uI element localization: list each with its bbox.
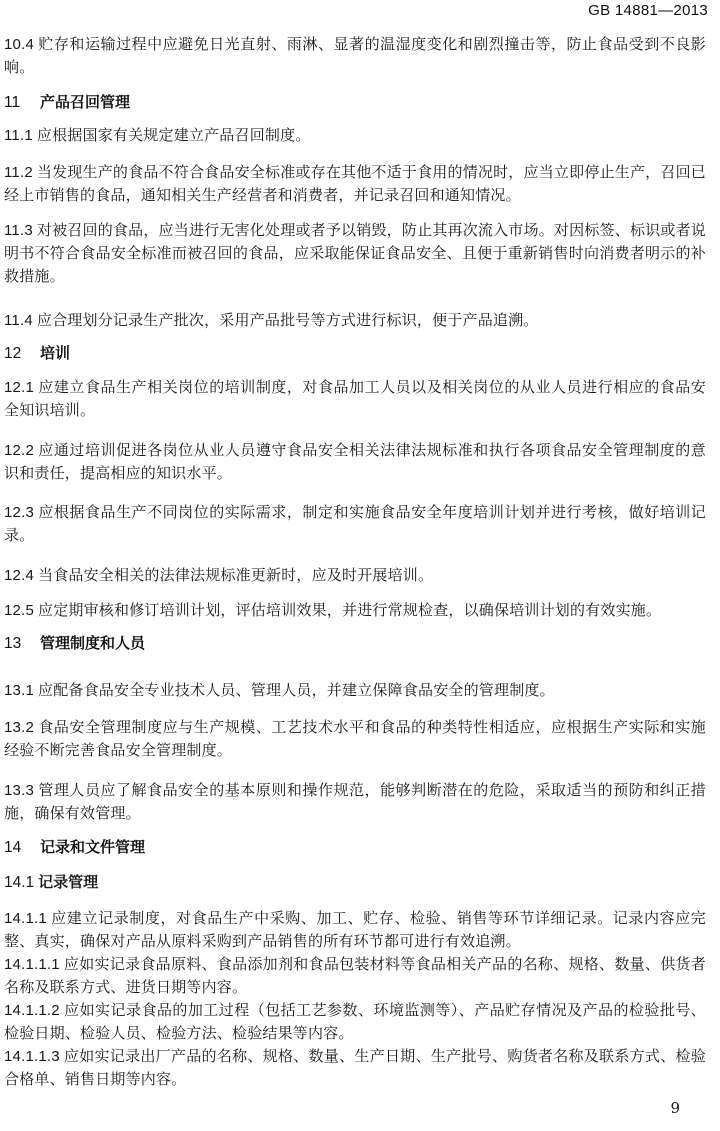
clause-text: 当食品安全相关的法律法规标准更新时，应及时开展培训。 [38,566,433,584]
clause-11-2: 11.2当发现生产的食品不符合食品安全标准或存在其他不适于食用的情况时，应当立即… [4,161,706,207]
clause-12-4: 12.4当食品安全相关的法律法规标准更新时，应及时开展培训。 [4,564,706,587]
clause-11-4: 11.4应合理划分记录生产批次，采用产品批号等方式进行标识，便于产品追溯。 [4,309,706,332]
subsection-number: 14.1 [4,874,34,891]
clause-14-1-1-3: 14.1.1.3应如实记录出厂产品的名称、规格、数量、生产日期、生产批号、购货者… [4,1045,706,1091]
clause-text: 应如实记录食品原料、食品添加剂和食品包装材料等食品相关产品的名称、规格、数量、供… [4,955,706,996]
clause-text: 应根据食品生产不同岗位的实际需求，制定和实施食品安全年度培训计划并进行考核，做好… [4,503,706,544]
clause-number: 14.1.1 [4,910,47,927]
clause-text: 对被召回的食品，应当进行无害化处理或者予以销毁，防止其再次流入市场。对因标签、标… [4,221,706,285]
clause-14-1-1-1: 14.1.1.1应如实记录食品原料、食品添加剂和食品包装材料等食品相关产品的名称… [4,953,706,999]
section-title: 记录和文件管理 [40,838,145,856]
clause-number: 13.3 [4,782,34,799]
clause-text: 应合理划分记录生产批次，采用产品批号等方式进行标识，便于产品追溯。 [37,311,539,329]
clause-number: 14.1.1.3 [4,1048,60,1065]
section-heading-12: 12培训 [4,342,70,365]
clause-11-1: 11.1应根据国家有关规定建立产品召回制度。 [4,124,706,147]
clause-10-4: 10.4贮存和运输过程中应避免日光直射、雨淋、显著的温湿度变化和剧烈撞击等，防止… [4,33,706,79]
clause-13-2: 13.2食品安全管理制度应与生产规模、工艺技术水平和食品的种类特性相适应，应根据… [4,716,706,762]
section-number: 14 [4,836,40,859]
clause-text: 当发现生产的食品不符合食品安全标准或存在其他不适于食用的情况时，应当立即停止生产… [4,163,706,204]
clause-text: 应如实记录出厂产品的名称、规格、数量、生产日期、生产批号、购货者名称及联系方式、… [4,1047,706,1088]
section-number: 11 [4,91,40,114]
section-number: 12 [4,342,40,365]
clause-12-2: 12.2应通过培训促进各岗位从业人员遵守食品安全相关法律法规标准和执行各项食品安… [4,439,706,485]
clause-number: 14.1.1.1 [4,956,60,973]
clause-14-1-1-2: 14.1.1.2应如实记录食品的加工过程（包括工艺参数、环境监测等）、产品贮存情… [4,999,706,1045]
clause-number: 13.2 [4,719,34,736]
standard-code-header: GB 14881—2013 [588,2,708,19]
clause-12-3: 12.3应根据食品生产不同岗位的实际需求，制定和实施食品安全年度培训计划并进行考… [4,501,706,547]
clause-text: 贮存和运输过程中应避免日光直射、雨淋、显著的温湿度变化和剧烈撞击等，防止食品受到… [4,35,706,76]
clause-text: 应通过培训促进各岗位从业人员遵守食品安全相关法律法规标准和执行各项食品安全管理制… [4,441,706,482]
subsection-heading-14-1: 14.1记录管理 [4,871,98,894]
clause-text: 应建立记录制度，对食品生产中采购、加工、贮存、检验、销售等环节详细记录。记录内容… [4,909,706,950]
clause-text: 应配备食品安全专业技术人员、管理人员，并建立保障食品安全的管理制度。 [38,681,555,699]
clause-text: 应定期审核和修订培训计划，评估培训效果，并进行常规检查，以确保培训计划的有效实施… [38,601,661,619]
clause-12-5: 12.5应定期审核和修订培训计划，评估培训效果，并进行常规检查，以确保培训计划的… [4,599,706,622]
section-heading-13: 13管理制度和人员 [4,632,145,655]
clause-number: 12.1 [4,379,34,396]
clause-number: 12.4 [4,567,34,584]
clause-number: 14.1.1.2 [4,1002,60,1019]
section-number: 13 [4,632,40,655]
clause-number: 11.4 [4,312,33,329]
clause-11-3: 11.3对被召回的食品，应当进行无害化处理或者予以销毁，防止其再次流入市场。对因… [4,219,706,288]
clause-number: 12.2 [4,442,34,459]
section-title: 培训 [40,344,70,362]
section-title: 管理制度和人员 [40,634,145,652]
clause-text: 应建立食品生产相关岗位的培训制度，对食品加工人员以及相关岗位的从业人员进行相应的… [4,378,706,419]
subsection-title: 记录管理 [38,873,98,891]
clause-text: 应根据国家有关规定建立产品召回制度。 [37,126,311,144]
clause-number: 11.3 [4,222,33,239]
clause-number: 11.2 [4,164,33,181]
clause-13-1: 13.1应配备食品安全专业技术人员、管理人员，并建立保障食品安全的管理制度。 [4,679,706,702]
section-title: 产品召回管理 [40,93,130,111]
clause-text: 应如实记录食品的加工过程（包括工艺参数、环境监测等）、产品贮存情况及产品的检验批… [4,1001,706,1042]
clause-13-3: 13.3管理人员应了解食品安全的基本原则和操作规范，能够判断潜在的危险，采取适当… [4,779,706,825]
clause-number: 12.5 [4,602,34,619]
clause-14-1-1: 14.1.1应建立记录制度，对食品生产中采购、加工、贮存、检验、销售等环节详细记… [4,907,706,953]
clause-number: 12.3 [4,504,34,521]
section-heading-14: 14记录和文件管理 [4,836,145,859]
clause-number: 10.4 [4,36,34,53]
section-heading-11: 11产品召回管理 [4,91,130,114]
clause-12-1: 12.1应建立食品生产相关岗位的培训制度，对食品加工人员以及相关岗位的从业人员进… [4,376,706,422]
clause-number: 13.1 [4,682,34,699]
clause-text: 食品安全管理制度应与生产规模、工艺技术水平和食品的种类特性相适应，应根据生产实际… [4,718,706,759]
clause-number: 11.1 [4,127,33,144]
clause-text: 管理人员应了解食品安全的基本原则和操作规范，能够判断潜在的危险，采取适当的预防和… [4,781,706,822]
page-number: 9 [670,1099,680,1117]
document-page: GB 14881—2013 10.4贮存和运输过程中应避免日光直射、雨淋、显著的… [0,0,720,1131]
